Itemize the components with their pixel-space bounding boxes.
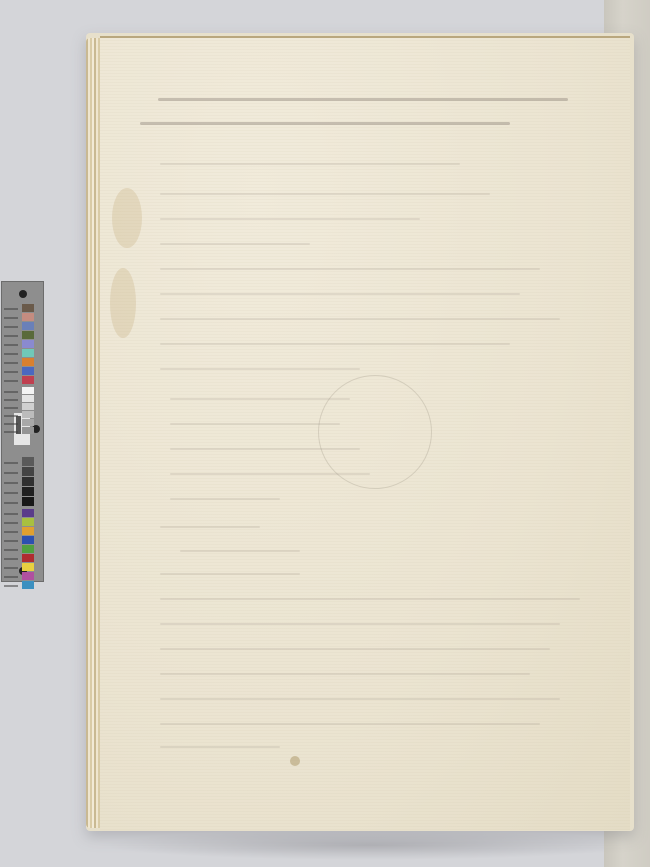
chart-scale-mark <box>4 482 18 484</box>
chart-scale-mark <box>4 423 18 425</box>
show-through-text <box>160 723 540 725</box>
color-swatch <box>22 395 34 402</box>
color-calibration-chart <box>1 281 44 582</box>
color-swatch <box>22 403 34 410</box>
chart-scale-mark <box>4 472 18 474</box>
color-swatch <box>22 340 34 348</box>
show-through-text <box>160 526 260 528</box>
chart-scale-mark <box>4 567 18 569</box>
foxing-stain <box>110 268 136 338</box>
chart-scale-mark <box>4 492 18 494</box>
chart-scale-mark <box>4 353 18 355</box>
show-through-text <box>160 193 490 195</box>
color-swatch <box>22 581 34 589</box>
color-swatch <box>22 367 34 375</box>
chart-scale-mark <box>4 431 18 433</box>
color-swatch <box>22 411 34 418</box>
color-swatch <box>22 518 34 526</box>
chart-scale-mark <box>4 531 18 533</box>
chart-scale-mark <box>4 380 18 382</box>
show-through-text <box>160 163 460 165</box>
color-swatch <box>22 563 34 571</box>
show-through-text <box>160 243 310 245</box>
chart-scale-mark <box>4 585 18 587</box>
color-swatch <box>22 419 34 426</box>
show-through-text <box>160 368 360 370</box>
show-through-text <box>170 398 350 400</box>
chart-scale-mark <box>4 549 18 551</box>
show-through-text <box>160 698 560 700</box>
chart-scale-mark <box>4 326 18 328</box>
color-swatch <box>22 554 34 562</box>
chart-scale-mark <box>4 391 18 393</box>
color-swatch <box>22 387 34 394</box>
chart-scale-mark <box>4 558 18 560</box>
show-through-text <box>160 746 280 748</box>
show-through-text <box>160 293 520 295</box>
show-through-text <box>160 318 560 320</box>
show-through-text <box>170 498 280 500</box>
chart-scale-mark <box>4 335 18 337</box>
color-swatch <box>22 322 34 330</box>
color-swatch <box>22 487 34 496</box>
show-through-text <box>160 623 560 625</box>
chart-scale-mark <box>4 308 18 310</box>
chart-scale-mark <box>4 462 18 464</box>
show-through-text <box>160 218 420 220</box>
show-through-text <box>160 673 530 675</box>
chart-scale-mark <box>4 407 18 409</box>
show-through-text <box>180 550 300 552</box>
show-through-text <box>160 648 550 650</box>
color-swatch <box>22 467 34 476</box>
chart-scale-mark <box>4 362 18 364</box>
chart-scale-mark <box>4 344 18 346</box>
color-swatch <box>22 457 34 466</box>
color-swatch <box>22 304 34 312</box>
color-swatch <box>22 349 34 357</box>
foxing-stain <box>290 756 300 766</box>
chart-scale-mark <box>4 502 18 504</box>
show-through-diagram-circle <box>318 375 432 489</box>
color-swatch <box>22 536 34 544</box>
chart-scale-mark <box>4 415 18 417</box>
chart-scale-mark <box>4 317 18 319</box>
chart-scale-mark <box>4 522 18 524</box>
chart-scale-mark <box>4 540 18 542</box>
color-swatch <box>22 527 34 535</box>
chart-scale-mark <box>4 513 18 515</box>
table-shadow <box>100 830 640 860</box>
foxing-stain <box>112 188 142 248</box>
color-swatch <box>22 376 34 384</box>
show-through-text <box>158 98 568 101</box>
color-swatch <box>22 477 34 486</box>
show-through-text <box>160 573 300 575</box>
chart-scale-mark <box>4 399 18 401</box>
show-through-text <box>160 268 540 270</box>
color-swatch <box>22 358 34 366</box>
color-swatch <box>22 331 34 339</box>
show-through-text <box>160 598 580 600</box>
color-swatch <box>22 313 34 321</box>
show-through-text <box>160 343 510 345</box>
color-swatch <box>22 427 34 434</box>
chart-scale-mark <box>4 371 18 373</box>
chart-scale-mark <box>4 576 18 578</box>
show-through-text <box>170 423 340 425</box>
show-through-text <box>140 122 510 125</box>
chart-hole-top <box>19 290 27 298</box>
color-swatch <box>22 572 34 580</box>
color-swatch <box>22 497 34 506</box>
color-swatch <box>22 545 34 553</box>
color-swatch <box>22 509 34 517</box>
